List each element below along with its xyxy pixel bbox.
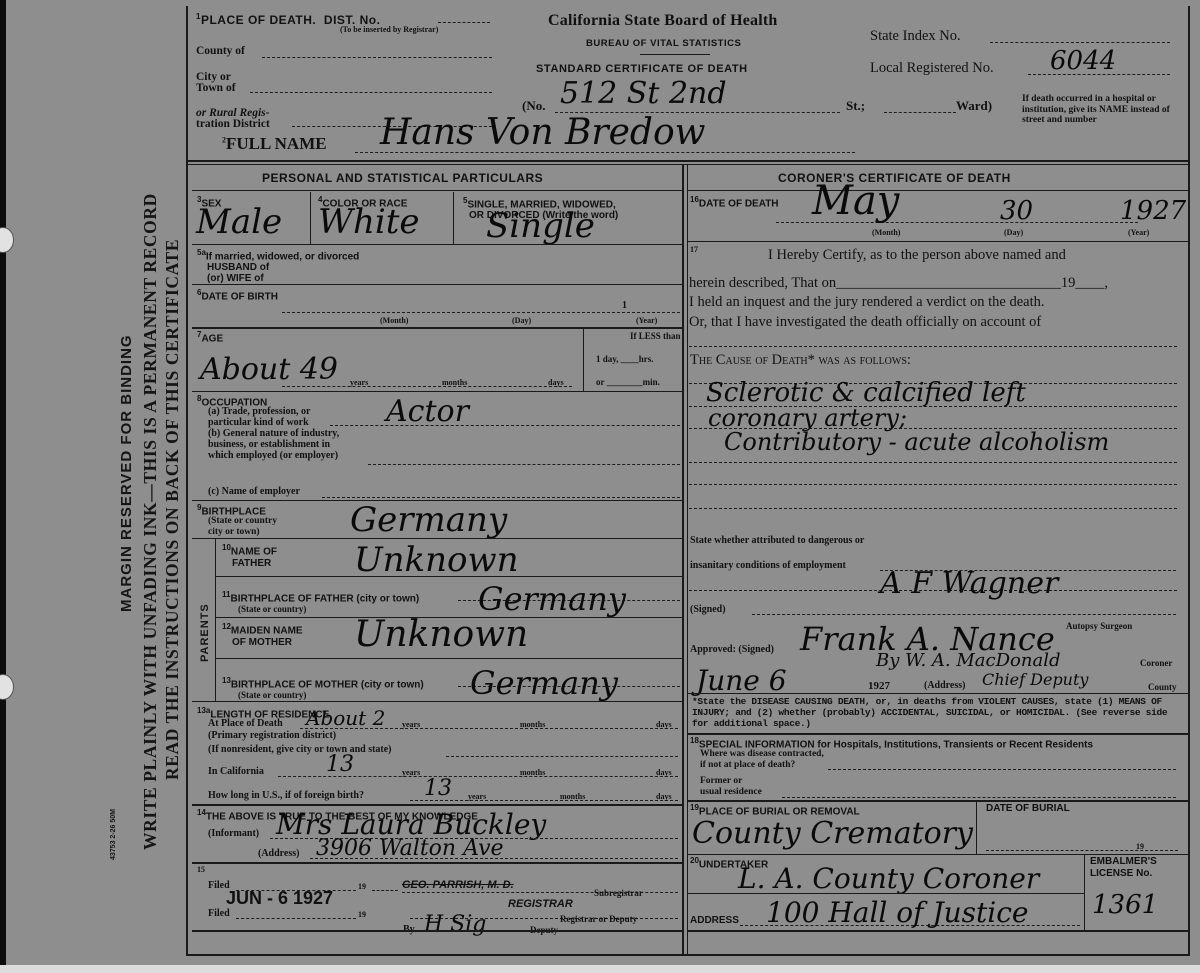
res-nonresident-note: (If nonresident, give city or town and s…: [208, 744, 392, 755]
form-code: 43753 2-26 50M: [110, 809, 117, 860]
burial-19: 19: [1136, 842, 1144, 851]
city-label: City orTown of: [196, 72, 236, 94]
autopsy-signature: A F Wagner: [880, 566, 1058, 601]
deputy-signature: H Sig: [424, 912, 486, 937]
marital-value: Single: [486, 206, 595, 246]
father-bp-sub: (State or country): [238, 604, 306, 614]
dob-month-label: (Month): [380, 316, 408, 325]
birthplace-value: Germany: [350, 500, 507, 540]
race-value: White: [318, 202, 420, 242]
res-primary-note: (Primary registration district): [208, 730, 336, 741]
industry-field[interactable]: [368, 464, 680, 465]
informant-address-label: (Address): [258, 848, 299, 859]
column-divider: [682, 164, 684, 956]
res-ca-field[interactable]: [278, 776, 678, 777]
burial-place-value: County Crematory: [692, 816, 973, 851]
dob-field[interactable]: [282, 312, 680, 313]
employment-label-2: insanitary conditions of employment: [690, 560, 846, 571]
dod-year-label: (Year): [1128, 228, 1149, 237]
parents-label: PARENTS: [199, 603, 211, 662]
read-instructions-text: READ THE INSTRUCTIONS ON BACK OF THIS CE…: [162, 239, 183, 780]
rural-label: or Rural Regis-tration District: [196, 108, 270, 130]
binding-hole-bottom: [0, 674, 14, 700]
filed-19-2: 19: [358, 910, 366, 919]
res-ca-label: In California: [208, 766, 264, 777]
occupation-field[interactable]: [330, 425, 680, 426]
res-ca-months: months: [520, 768, 545, 777]
state-index-field[interactable]: [990, 42, 1170, 43]
county-field[interactable]: [262, 57, 492, 58]
margin-reserved-text: MARGIN RESERVED FOR BINDING: [118, 334, 135, 612]
father-name-value: Unknown: [354, 540, 519, 580]
certify-num: 17: [690, 245, 698, 254]
res-us-label: How long in U.S., if of foreign birth?: [208, 790, 364, 801]
signed-label: (Signed): [690, 604, 726, 615]
birthplace-sub: (State or countrycity or town): [208, 516, 277, 538]
dod-label: 16DATE OF DEATH: [690, 195, 779, 209]
dod-month: May: [812, 178, 899, 224]
res-us-value: 13: [424, 776, 452, 801]
coroner-label: Coroner: [1140, 658, 1172, 668]
certificate-sheet: MARGIN RESERVED FOR BINDING WRITE PLAINL…: [0, 0, 1200, 965]
street-field[interactable]: [555, 112, 840, 113]
undertaker-value: L. A. County Coroner: [738, 862, 1039, 895]
contracted-label: Where was disease contracted,if not at p…: [700, 749, 824, 771]
spouse-label: 5aIf married, widowed, or divorced HUSBA…: [197, 247, 359, 284]
age-label: 7AGE: [197, 330, 223, 344]
undertaker-address-label: ADDRESS: [690, 915, 739, 926]
father-bp-label: 11BIRTHPLACE OF FATHER (city or town): [222, 590, 419, 604]
res-us-years: years: [468, 792, 486, 801]
mother-name-label: 12MAIDEN NAME OF MOTHER: [222, 621, 303, 649]
approved-label: Approved: (Signed): [690, 644, 774, 655]
res-ca-days: days: [656, 768, 672, 777]
coroner-address-label: (Address): [924, 680, 965, 691]
res-place-value: About 2: [306, 706, 385, 730]
license-value: 1361: [1092, 890, 1158, 920]
st-label: St.;: [846, 98, 865, 114]
res-nonresident-field[interactable]: [446, 756, 678, 757]
binding-hole-top: [0, 227, 14, 253]
filed-19-1: 19: [358, 882, 366, 891]
res-place-days: days: [656, 720, 672, 729]
dist-note: (To be inserted by Registrar): [340, 25, 438, 34]
city-field[interactable]: [250, 92, 492, 93]
age-years-label: years: [350, 378, 368, 387]
subregistrar-label: Subregistrar: [594, 888, 643, 898]
age-days-label: days: [548, 378, 564, 387]
less-than-minutes: or ________min.: [596, 377, 660, 387]
age-field[interactable]: [282, 386, 572, 387]
age-months-label: months: [442, 378, 467, 387]
dob-label: 6DATE OF BIRTH: [197, 288, 278, 302]
personal-section-title: PERSONAL AND STATISTICAL PARTICULARS: [262, 171, 543, 185]
filed-stamp: JUN - 6 1927: [226, 888, 333, 909]
dob-century: 1: [622, 300, 627, 311]
less-than-label: If LESS than: [630, 331, 681, 341]
father-bp-value: Germany: [478, 580, 626, 618]
employer-field[interactable]: [322, 497, 680, 498]
mother-bp-value: Germany: [470, 664, 618, 702]
filed-label-2: Filed: [208, 908, 230, 919]
autopsy-signature-field[interactable]: [752, 614, 1176, 615]
cause-footnote: *State the DISEASE CAUSING DEATH, or, in…: [692, 696, 1178, 729]
scan-bottom-edge: [0, 965, 1200, 973]
dod-day-label: (Day): [1004, 228, 1023, 237]
registrar-name: GEO. PARRISH, M. D.: [402, 879, 514, 891]
former-residence-label: Former orusual residence: [700, 776, 762, 798]
dod-year: 1927: [1120, 196, 1186, 226]
cause-label: The Cause of Death* was as follows:: [690, 352, 911, 369]
autopsy-surgeon-label: Autopsy Surgeon: [1066, 621, 1132, 631]
bureau-title: BUREAU OF VITAL STATISTICS: [586, 38, 741, 49]
local-reg-value: 6044: [1050, 46, 1116, 76]
local-reg-label: Local Registered No.: [870, 60, 994, 77]
board-title: California State Board of Health: [548, 12, 778, 30]
undertaker-address-value: 100 Hall of Justice: [766, 896, 1028, 929]
mother-bp-sub: (State or country): [238, 690, 306, 700]
county-label-coroner: County: [1148, 682, 1177, 692]
registrar-or-deputy-label: Registrar or Deputy: [560, 914, 637, 924]
ward-field[interactable]: [884, 112, 956, 113]
father-name-label: 10NAME OF FATHER: [222, 542, 277, 570]
hospital-note: If death occurred in a hospital or insti…: [1022, 94, 1177, 126]
res-place-field[interactable]: [300, 728, 678, 729]
informant-label: (Informant): [208, 828, 259, 839]
full-name-value: Hans Von Bredow: [380, 112, 705, 153]
employment-label-1: State whether attributed to dangerous or: [690, 535, 864, 546]
standard-cert-title: STANDARD CERTIFICATE OF DEATH: [536, 63, 748, 75]
contracted-field[interactable]: [828, 769, 1176, 770]
certify-line-4: Or, that I have investigated the death o…: [689, 314, 1041, 331]
full-name-label: 2FULL NAME: [222, 134, 327, 154]
date-signed-year: 1927: [868, 680, 890, 692]
county-label: County of: [196, 45, 245, 57]
former-residence-field[interactable]: [782, 797, 1176, 798]
res-us-months: months: [560, 792, 585, 801]
mother-name-value: Unknown: [354, 614, 528, 655]
employer-label: (c) Name of employer: [208, 486, 300, 497]
burial-date-label: DATE OF BURIAL: [986, 803, 1070, 814]
ward-label: Ward): [956, 98, 992, 114]
registrar-title: REGISTRAR: [508, 898, 573, 910]
no-label: (No.: [522, 98, 545, 114]
sex-value: Male: [196, 202, 282, 242]
dod-month-label: (Month): [872, 228, 900, 237]
res-place-years: years: [402, 720, 420, 729]
license-label: EMBALMER'SLICENSE No.: [1090, 856, 1157, 880]
occupation-sublabels: (a) Trade, profession, or particular kin…: [208, 406, 339, 461]
age-value: About 49: [200, 352, 338, 387]
occupation-value: Actor: [386, 394, 469, 429]
informant-address-field[interactable]: [310, 858, 678, 859]
scan-edge: [0, 0, 6, 965]
dod-day: 30: [1000, 196, 1033, 226]
burial-date-field[interactable]: [986, 850, 1178, 851]
dob-day-label: (Day): [512, 316, 531, 325]
state-index-label: State Index No.: [870, 28, 961, 45]
res-place-label: At Place of Death: [208, 718, 283, 729]
dob-year-label: (Year): [636, 316, 657, 325]
coroner-address-value: Chief Deputy: [982, 670, 1088, 689]
res-ca-years: years: [402, 768, 420, 777]
res-us-field[interactable]: [410, 800, 678, 801]
res-place-months: months: [520, 720, 545, 729]
street-value: 512 St 2nd: [560, 76, 727, 111]
write-plainly-text: WRITE PLAINLY WITH UNFADING INK—THIS IS …: [140, 193, 161, 850]
by-deputy-signature: By W. A. MacDonald: [876, 650, 1060, 671]
cause-line-3: Contributory - acute alcoholism: [724, 428, 1109, 456]
less-than-hours: 1 day, ____hrs.: [596, 354, 654, 364]
res-ca-value: 13: [326, 752, 354, 777]
res-us-days: days: [656, 792, 672, 801]
certify-line-1: I Hereby Certify, as to the person above…: [768, 247, 1066, 264]
filed-num: 15: [197, 865, 205, 874]
certify-line-2: herein described, That on_______________…: [689, 275, 1108, 292]
mother-bp-label: 13BIRTHPLACE OF MOTHER (city or town): [222, 676, 424, 690]
certify-line-3: I held an inquest and the jury rendered …: [689, 294, 1045, 311]
